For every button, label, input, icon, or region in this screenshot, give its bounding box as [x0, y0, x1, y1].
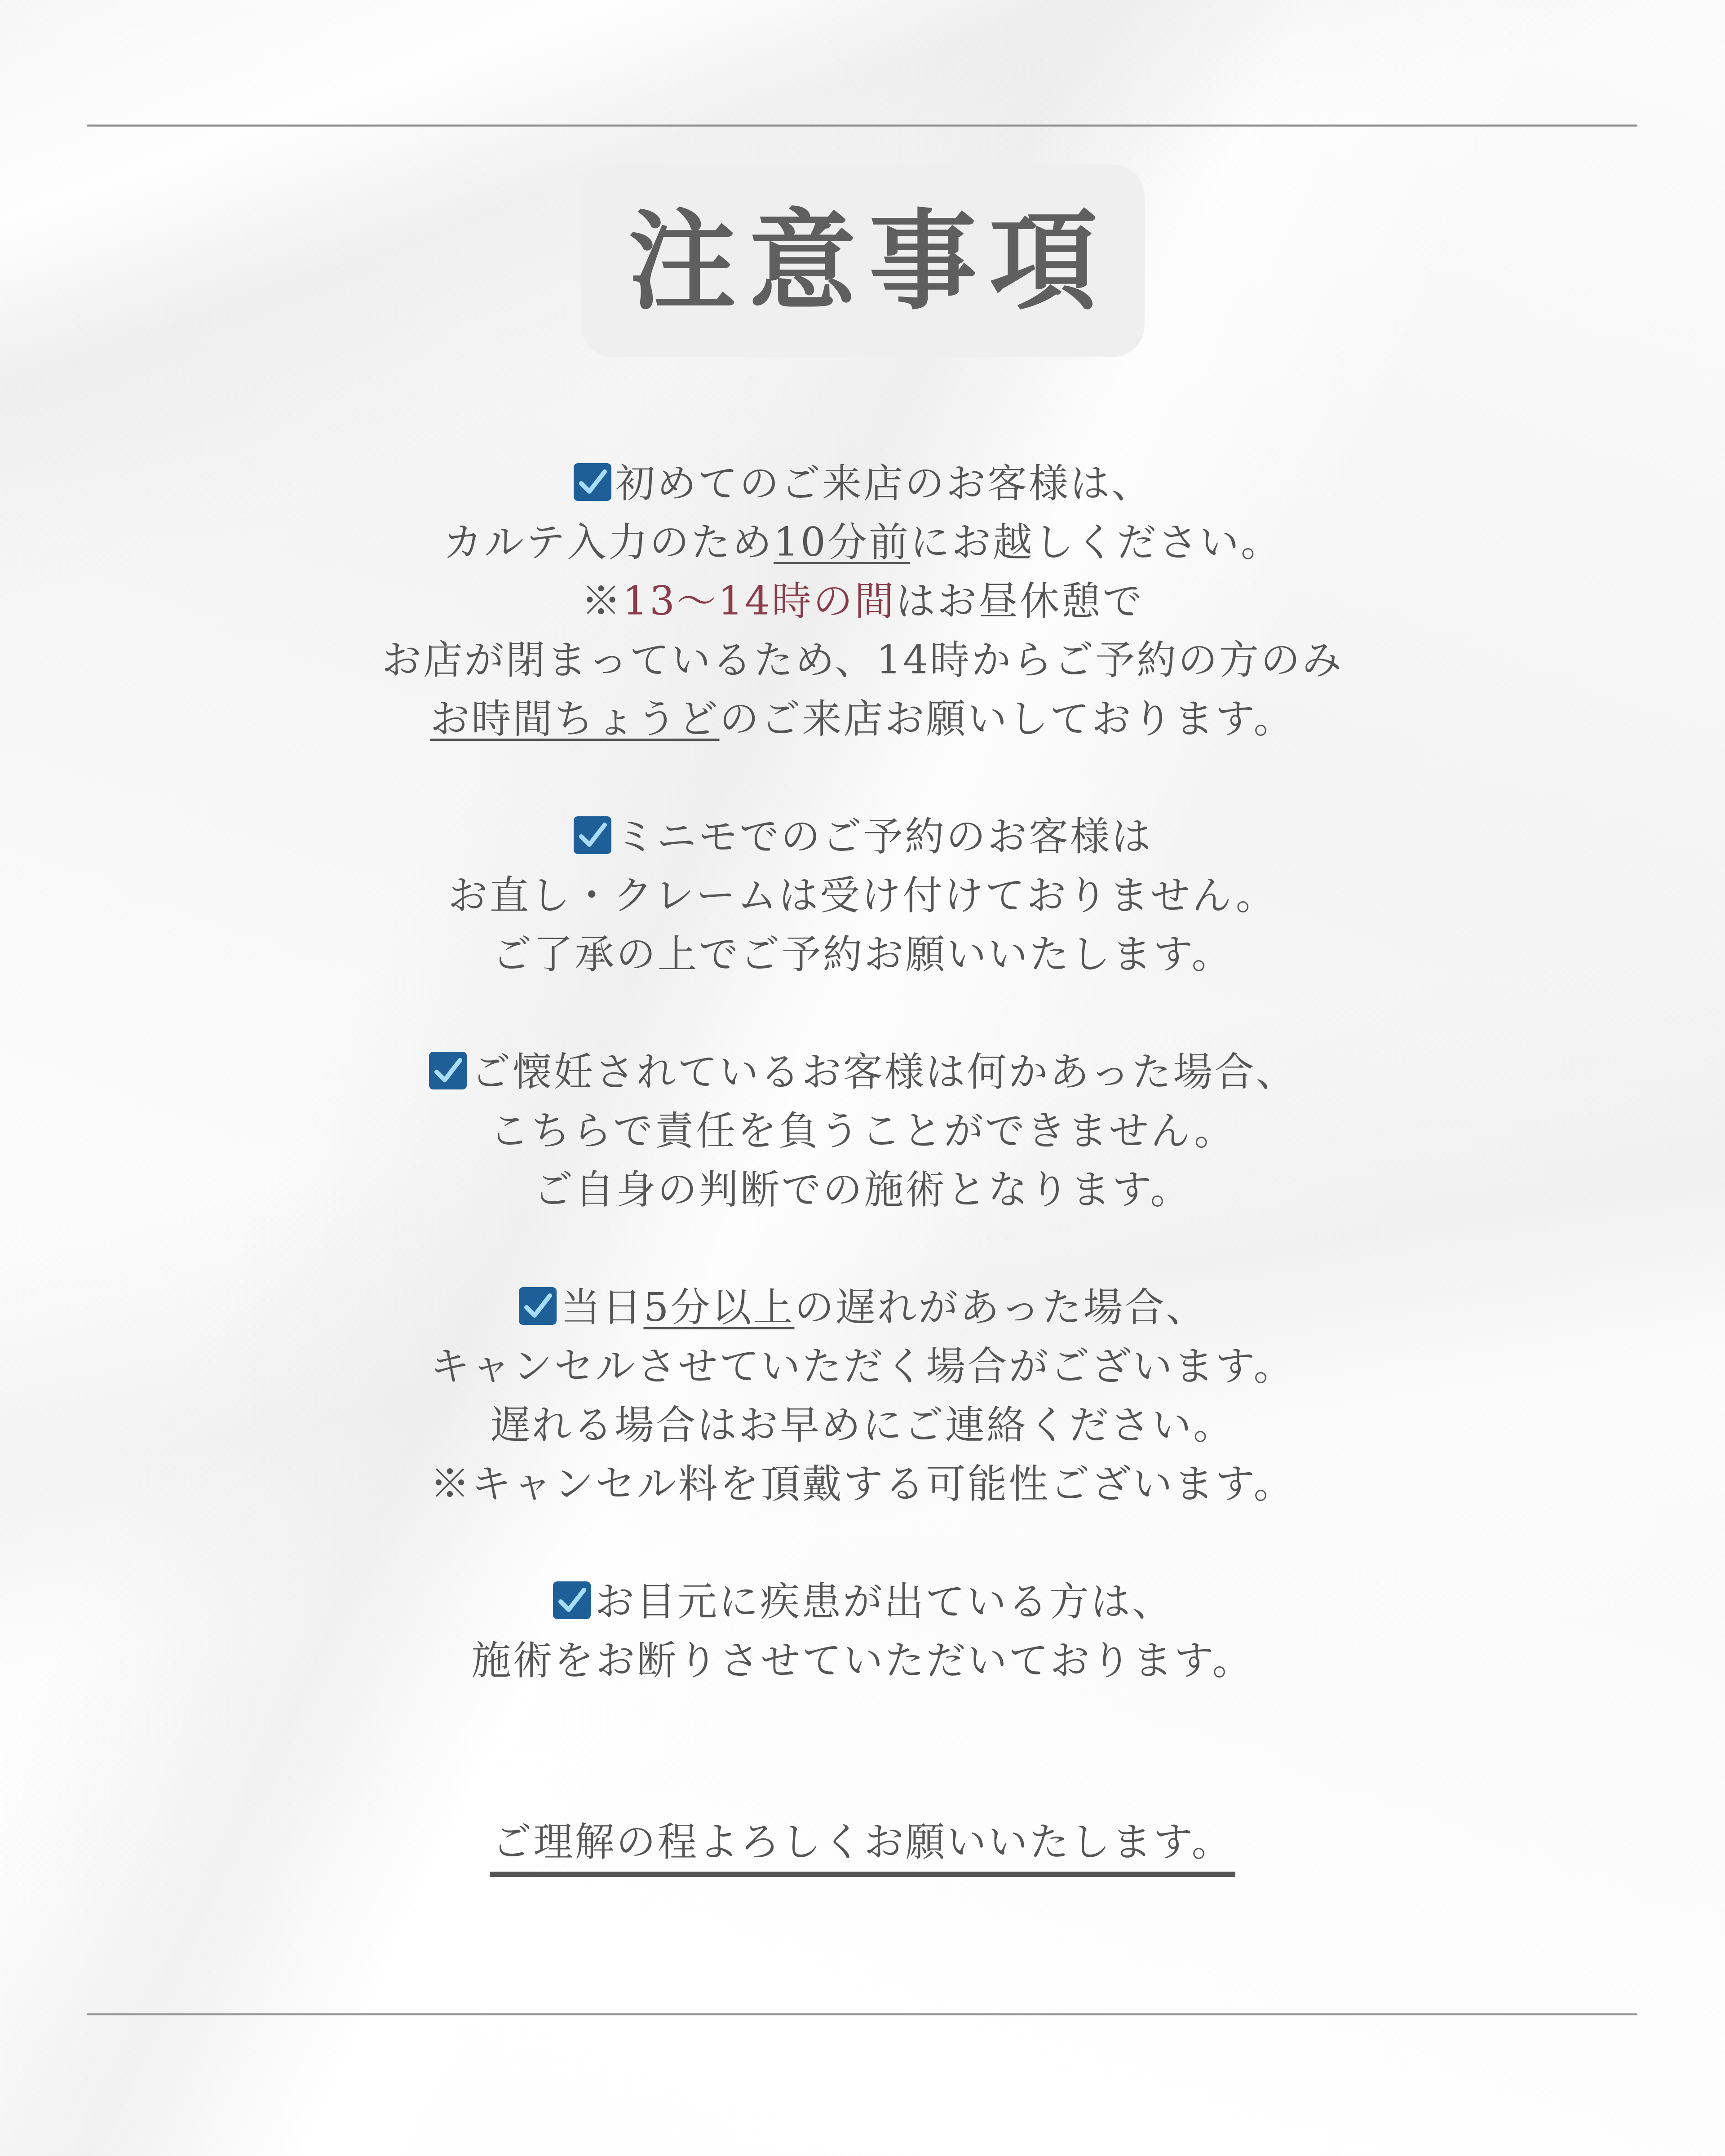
- notice-text: お店が閉まっているため、14時からご予約の方のみ: [382, 637, 1343, 683]
- closing-message: ご理解の程よろしくお願いいたします。: [0, 1815, 1725, 1877]
- notice-line: ご了承の上でご予約お願いいたします。: [0, 925, 1725, 983]
- notice-line: 当日5分以上の遅れがあった場合、: [0, 1278, 1725, 1337]
- notice-eye-condition: お目元に疾患が出ている方は、 施術をお断りさせていただいております。: [0, 1572, 1725, 1690]
- notice-line: ※キャンセル料を頂戴する可能性ございます。: [0, 1454, 1725, 1513]
- notice-text: お目元に疾患が出ている方は、: [595, 1578, 1173, 1625]
- notice-pregnancy: ご懐妊されているお客様は何かあった場合、 こちらで責任を負うことができません。 …: [0, 1042, 1725, 1219]
- checkbox-checked-icon: [572, 462, 613, 502]
- notice-line: ご自身の判断での施術となります。: [0, 1160, 1725, 1219]
- notice-text: 当日: [561, 1284, 643, 1330]
- notice-line: カルテ入力のため10分前にお越しください。: [0, 513, 1725, 571]
- closing-text: ご理解の程よろしくお願いいたします。: [490, 1815, 1236, 1877]
- notice-text: キャンセルさせていただく場合がございます。: [430, 1343, 1295, 1389]
- notice-text: お直し・クレームは受け付けておりません。: [448, 872, 1277, 918]
- notice-text: ミニモでのご予約のお客様は: [615, 813, 1153, 859]
- page-title: 注意事項: [628, 207, 1110, 315]
- notice-text: にお越しください。: [910, 519, 1282, 565]
- notice-first-visit: 初めてのご来店のお客様は、 カルテ入力のため10分前にお越しください。 ※13〜…: [0, 454, 1725, 748]
- notice-text: ご懐妊されているお客様は何かあった場合、: [471, 1049, 1297, 1095]
- notice-late: 当日5分以上の遅れがあった場合、 キャンセルさせていただく場合がございます。 遅…: [0, 1278, 1725, 1513]
- notice-line: 遅れる場合はお早めにご連絡ください。: [0, 1395, 1725, 1454]
- underlined-emphasis: 5分以上: [643, 1284, 794, 1330]
- checkbox-checked-icon: [552, 1580, 592, 1620]
- notice-line: キャンセルさせていただく場合がございます。: [0, 1337, 1725, 1395]
- notice-text: 施術をお断りさせていただいております。: [472, 1637, 1254, 1683]
- notice-line: ご懐妊されているお客様は何かあった場合、: [0, 1042, 1725, 1101]
- notice-line: ミニモでのご予約のお客様は: [0, 807, 1725, 866]
- note-mark: ※: [581, 578, 623, 624]
- underlined-emphasis: お時間ちょうど: [430, 695, 720, 742]
- notice-text: カルテ入力のため: [443, 519, 774, 565]
- notice-text: ご自身の判断での施術となります。: [534, 1166, 1192, 1213]
- checkbox-checked-icon: [572, 815, 613, 855]
- notice-line: 施術をお断りさせていただいております。: [0, 1631, 1725, 1690]
- title-badge: 注意事項: [581, 164, 1145, 357]
- notice-text: ご了承の上でご予約お願いいたします。: [492, 931, 1233, 977]
- notice-text: こちらで責任を負うことができません。: [490, 1107, 1235, 1154]
- notice-text: ※キャンセル料を頂戴する可能性ございます。: [430, 1461, 1295, 1507]
- notice-text: のご来店お願いしております。: [720, 695, 1295, 742]
- notice-minimo: ミニモでのご予約のお客様は お直し・クレームは受け付けておりません。 ご了承の上…: [0, 807, 1725, 983]
- underlined-emphasis: 10分前: [774, 519, 910, 565]
- notice-line: 初めてのご来店のお客様は、: [0, 454, 1725, 513]
- notice-line: お時間ちょうどのご来店お願いしております。: [0, 689, 1725, 748]
- bottom-divider: [87, 2013, 1637, 2015]
- top-divider: [87, 124, 1637, 127]
- notice-text: 遅れる場合はお早めにご連絡ください。: [491, 1402, 1234, 1448]
- checkbox-checked-icon: [517, 1286, 558, 1326]
- notice-line: お直し・クレームは受け付けておりません。: [0, 866, 1725, 925]
- notice-line: ※13〜14時の間はお昼休憩で: [0, 571, 1725, 630]
- notice-text: の遅れがあった場合、: [794, 1284, 1207, 1330]
- notice-list: 初めてのご来店のお客様は、 カルテ入力のため10分前にお越しください。 ※13〜…: [0, 454, 1725, 1690]
- red-emphasis: 13〜14時の間: [623, 578, 896, 624]
- notice-text: 初めてのご来店のお客様は、: [615, 460, 1153, 506]
- notice-line: お店が閉まっているため、14時からご予約の方のみ: [0, 630, 1725, 689]
- checkbox-checked-icon: [428, 1050, 468, 1091]
- notice-line: こちらで責任を負うことができません。: [0, 1101, 1725, 1160]
- notice-text: はお昼休憩で: [896, 578, 1144, 624]
- notice-line: お目元に疾患が出ている方は、: [0, 1572, 1725, 1631]
